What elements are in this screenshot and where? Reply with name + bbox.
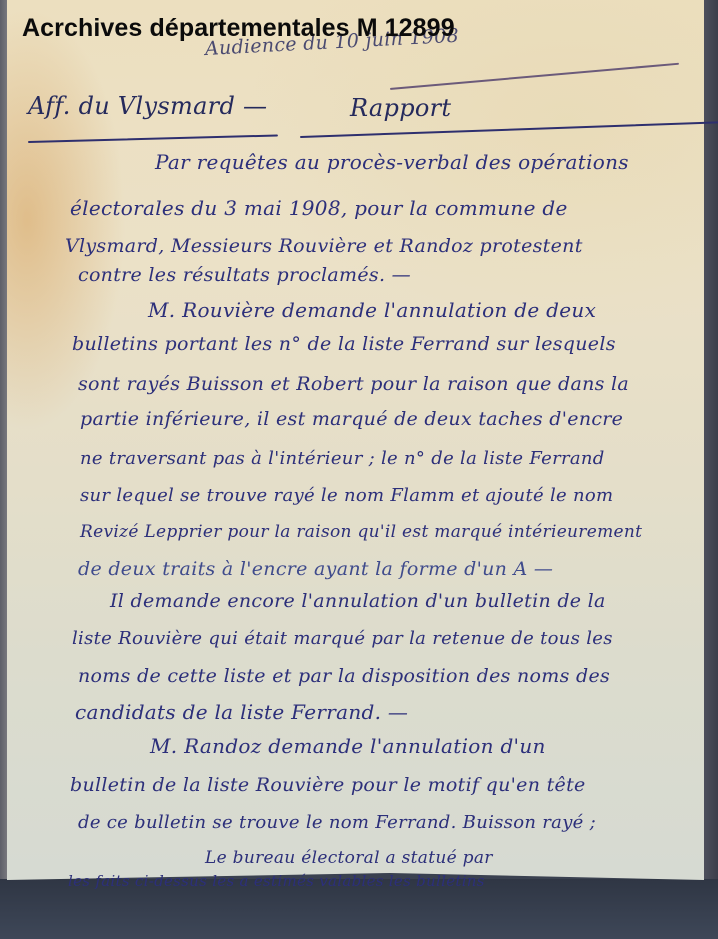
- body-line-17: M. Randoz demande l'annulation d'un: [150, 734, 546, 758]
- body-line-3: Vlysmard, Messieurs Rouvière et Randoz p…: [65, 235, 583, 257]
- body-line-19: de ce bulletin se trouve le nom Ferrand.…: [78, 812, 596, 833]
- body-line-2: électorales du 3 mai 1908, pour la commu…: [70, 196, 568, 220]
- body-line-8: partie inférieure, il est marqué de deux…: [80, 408, 623, 430]
- body-line-14: liste Rouvière qui était marqué par la r…: [72, 628, 613, 649]
- body-line-13: Il demande encore l'annulation d'un bull…: [110, 590, 606, 612]
- body-line-20: Le bureau électoral a statué par: [205, 848, 493, 868]
- body-line-10: sur lequel se trouve rayé le nom Flamm e…: [80, 485, 613, 506]
- body-line-4: contre les résultats proclamés. —: [78, 264, 411, 286]
- affair-title: Aff. du Vlysmard —: [28, 92, 267, 120]
- body-line-16: candidats de la liste Ferrand. —: [75, 700, 408, 724]
- report-heading: Rapport: [350, 94, 451, 122]
- photo-frame-left: [0, 0, 8, 939]
- body-line-5: M. Rouvière demande l'annulation de deux: [148, 298, 596, 322]
- body-line-11: Revizé Lepprier pour la raison qu'il est…: [80, 522, 642, 542]
- body-line-9: ne traversant pas à l'intérieur ; le n° …: [80, 448, 605, 469]
- archive-reference-label: Acrchives départementales M 12899: [22, 14, 455, 43]
- photo-frame-right: [704, 0, 718, 939]
- body-line-7: sont rayés Buisson et Robert pour la rai…: [78, 373, 629, 395]
- body-line-15: noms de cette liste et par la dispositio…: [78, 665, 610, 687]
- body-line-18: bulletin de la liste Rouvière pour le mo…: [70, 774, 586, 796]
- body-line-21: les faits ci-dessus les a estimés valabl…: [68, 872, 485, 890]
- body-line-12: de deux traits à l'encre ayant la forme …: [78, 558, 553, 580]
- body-line-1: Par requêtes au procès-verbal des opérat…: [155, 150, 629, 174]
- body-line-6: bulletins portant les n° de la liste Fer…: [72, 333, 616, 355]
